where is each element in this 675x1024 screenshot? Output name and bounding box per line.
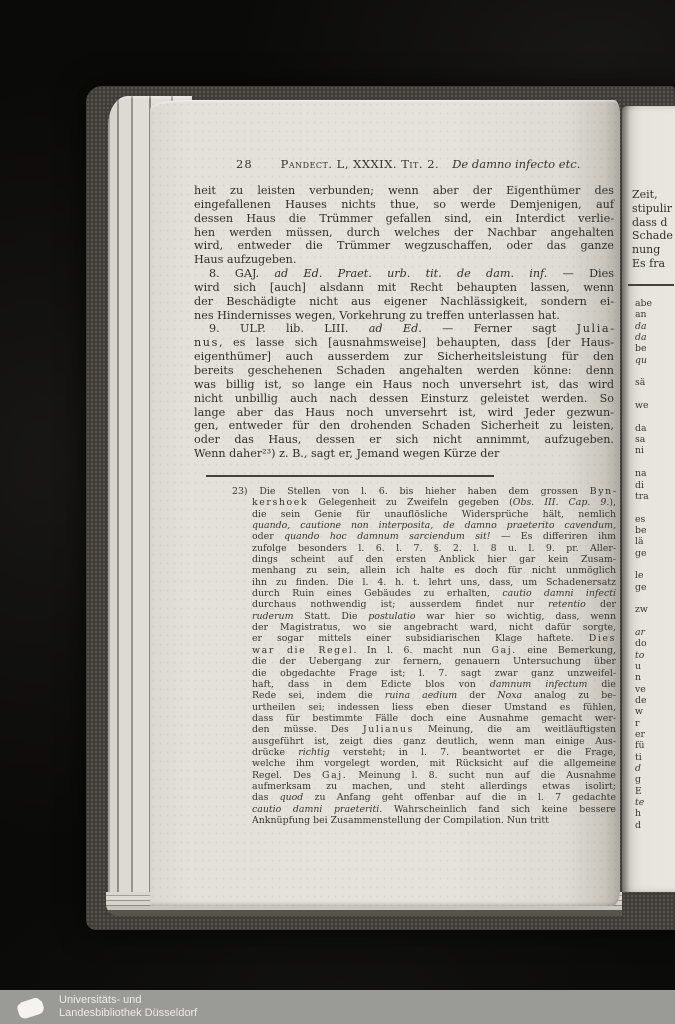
text-line: urtheilen sei; indessen liess eben diese… (252, 702, 616, 713)
text-line: do (635, 638, 652, 649)
text-line (635, 457, 652, 468)
library-watermark-bar: Universitäts- und Landesbibliothek Düsse… (0, 990, 675, 1024)
left-page: 28Pandect. L, XXXIX. Tit. 2.De damno inf… (150, 100, 620, 906)
text-line: oder quando hoc damnum sarciendum sit! —… (252, 531, 616, 542)
text-line: zufolge besonders l. 6. l. 7. §. 2. l. 8… (252, 543, 616, 554)
text-line: Wenn daher²³) z. B., sagt er, Jemand weg… (194, 447, 614, 461)
text-line: es (635, 514, 652, 525)
text-line: qu (635, 355, 652, 366)
text-line: dessen Haus die Trümmer gefallen sind, e… (194, 212, 614, 226)
text-line: ti (635, 752, 652, 763)
text-line: tra (635, 491, 652, 502)
text-line: fü (635, 740, 652, 751)
text-line: welche ihm vorgelegt worden, mit Rücksic… (252, 758, 616, 769)
text-line: abe (635, 298, 652, 309)
text-line: r (635, 718, 652, 729)
text-line: eigenthümer] auch ausserdem zur Sicherhe… (194, 350, 614, 364)
text-line: g (635, 774, 652, 785)
text-line: Haus aufzugeben. (194, 253, 614, 267)
text-line: E (635, 786, 652, 797)
text-line: was billig ist, so lange ein Haus noch u… (194, 378, 614, 392)
text-line: ge (635, 582, 652, 593)
text-line: dass für bestimmte Fälle doch eine Ausna… (252, 713, 616, 724)
text-line: den müsse. Des Julianus Meinung, die am … (252, 724, 616, 735)
text-line: ni (635, 445, 652, 456)
text-line: zw (635, 604, 652, 615)
next-page-body-fragments: Zeit,stipulirdass dSchadenungEs fra (632, 188, 673, 271)
text-line: 8. GAJ. ad Ed. Praet. urb. tit. de dam. … (194, 267, 614, 281)
text-line: eingefallenen Hauses nichts thue, so wer… (194, 198, 614, 212)
text-line: Regel. Des Gaj. Meinung l. 8. sucht nun … (252, 770, 616, 781)
text-line: lange aber das Haus noch unversehrt ist,… (194, 406, 614, 420)
library-name: Universitäts- und Landesbibliothek Düsse… (59, 994, 197, 1021)
text-line: sa (635, 434, 652, 445)
text-line: Zeit, (632, 188, 673, 202)
text-line: heit zu leisten verbunden; wenn aber der… (194, 184, 614, 198)
text-line: bereits geschehenen Schaden angehalten w… (194, 364, 614, 378)
text-line: der Beschädigte nicht aus eigener Nachlä… (194, 295, 614, 309)
text-line: ihn zu finden. Die l. 4. h. t. lehrt uns… (252, 577, 616, 588)
running-title-section: De damno infecto etc. (452, 157, 580, 171)
running-header: 28Pandect. L, XXXIX. Tit. 2.De damno inf… (236, 157, 580, 171)
text-line: er sogar mittels einer subsidiarischen K… (252, 633, 616, 644)
text-line: war die Regel. In l. 6. macht nun Gaj. e… (252, 645, 616, 656)
text-line: lä (635, 536, 652, 547)
text-line: ve (635, 684, 652, 695)
text-line: be (635, 343, 652, 354)
text-line: to (635, 650, 652, 661)
text-line: nicht unbillig auch nach dessen Einsturz… (194, 392, 614, 406)
text-line: n (635, 672, 652, 683)
text-line: Anknüpfung bei Zusammenstellung der Comp… (252, 815, 616, 826)
text-line (635, 593, 652, 604)
text-line: wird, entweder die Trümmer wegzuschaffen… (194, 239, 614, 253)
text-line: d (635, 820, 652, 831)
next-page-footnote-rule (628, 284, 674, 286)
text-line: w (635, 706, 652, 717)
text-line: er (635, 729, 652, 740)
text-line: dings scheint auf den ersten Anblick hie… (252, 554, 616, 565)
text-line: gen, entweder für den drohenden Schaden … (194, 419, 614, 433)
text-line: hen werden müssen, durch welches der Nac… (194, 226, 614, 240)
footnote: 23) Die Stellen von l. 6. bis hieher hab… (232, 486, 616, 826)
text-line: cautio damni praeteriti. Wahrscheinlich … (252, 804, 616, 815)
text-line: kershoek Gelegenheit zu Zweifeln gegeben… (252, 497, 616, 508)
text-line: quando, cautione non interposita, de dam… (252, 520, 616, 531)
text-line: haft, dass in dem Edicte blos von damnum… (252, 679, 616, 690)
text-line: wird sich [auch] alsdann mit Recht behau… (194, 281, 614, 295)
text-line: stipulir (632, 202, 673, 216)
text-line: ausgeführt ist, zeigt dies ganz deutlich… (252, 736, 616, 747)
text-line: Schade (632, 229, 673, 243)
text-line: die obgedachte Frage ist; l. 7. sagt zwa… (252, 668, 616, 679)
text-line: menhang zu sein, allein ich halte es doc… (252, 565, 616, 576)
page-number: 28 (236, 157, 253, 171)
right-page-partial: Zeit,stipulirdass dSchadenungEs fra abea… (622, 106, 675, 892)
footnote-separator-rule (206, 475, 494, 477)
text-line: nes Hindernisses wegen, Vorkehrung zu tr… (194, 309, 614, 323)
body-text: heit zu leisten verbunden; wenn aber der… (194, 184, 614, 461)
text-line: ar (635, 627, 652, 638)
text-line: durchaus nothwendig ist; ausserdem finde… (252, 599, 616, 610)
text-line: d (635, 763, 652, 774)
text-line: le (635, 570, 652, 581)
text-line (635, 411, 652, 422)
text-line: nus, es lasse sich [ausnahmsweise] behau… (194, 336, 614, 350)
text-line: be (635, 525, 652, 536)
text-line: durch Ruin eines Gebäudes zu erhalten, c… (252, 588, 616, 599)
text-line: der Magistratus, wo sie angebracht ward,… (252, 622, 616, 633)
text-line: di (635, 480, 652, 491)
text-line: dass d (632, 216, 673, 230)
text-line (635, 616, 652, 627)
text-line: 9. ULP. lib. LIII. ad Ed. — Ferner sagt … (194, 322, 614, 336)
text-line: die der Uebergang zur fernern, genauern … (252, 656, 616, 667)
text-line: we (635, 400, 652, 411)
text-line: drücke richtig versteht; in l. 7. beantw… (252, 747, 616, 758)
next-page-footnote-fragments: abeandadabequ sä we dasani naditra esbel… (635, 298, 652, 831)
text-line: das quod zu Anfang geht offenbar auf die… (252, 792, 616, 803)
text-line: de (635, 695, 652, 706)
text-line (635, 389, 652, 400)
running-title: Pandect. L, XXXIX. Tit. 2. (281, 157, 440, 171)
text-line: sä (635, 377, 652, 388)
text-line (635, 366, 652, 377)
text-line: da (635, 423, 652, 434)
text-line: 23) Die Stellen von l. 6. bis hieher hab… (252, 486, 616, 497)
text-line: oder das Haus, dessen er sich nicht anni… (194, 433, 614, 447)
text-line: Es fra (632, 257, 673, 271)
text-line: da (635, 321, 652, 332)
text-line: ge (635, 548, 652, 559)
ulb-logo-icon (9, 992, 51, 1022)
text-line: die sein Genie für unauflösliche Widersp… (252, 509, 616, 520)
text-line: na (635, 468, 652, 479)
library-name-line1: Universitäts- und (59, 994, 197, 1008)
text-line: da (635, 332, 652, 343)
text-line: ruderum Statt. Die postulatio war hier s… (252, 611, 616, 622)
text-line (635, 559, 652, 570)
text-line: an (635, 309, 652, 320)
library-name-line2: Landesbibliothek Düsseldorf (59, 1007, 197, 1021)
text-line (635, 502, 652, 513)
text-line: h (635, 808, 652, 819)
text-line: u (635, 661, 652, 672)
text-line: Rede sei, indem die ruina aedium der Nox… (252, 690, 616, 701)
text-line: te (635, 797, 652, 808)
text-line: nung (632, 243, 673, 257)
text-line: aufmerksam zu machen, und steht allerdin… (252, 781, 616, 792)
